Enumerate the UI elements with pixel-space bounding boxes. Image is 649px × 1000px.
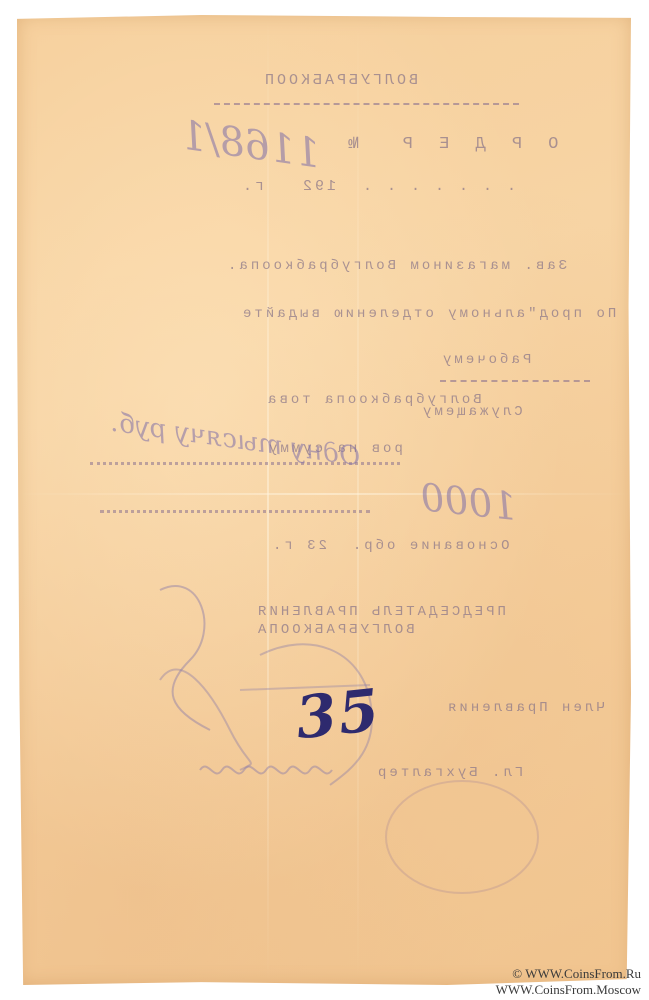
heading-underline xyxy=(214,103,519,105)
date-line: . . . . . . . 192 г. xyxy=(240,178,516,195)
typed-line-2: По прод"альному отделению выдайте xyxy=(240,306,616,322)
watermark-line-1: © WWW.CoinsFrom.Ru xyxy=(496,966,641,982)
watermark-line-2: WWW.CoinsFrom.Moscow xyxy=(496,982,641,998)
handwritten-number-35: 35 xyxy=(293,676,384,752)
typed-line-4: Служащему xyxy=(420,404,523,420)
typed-line-3: Рабочему xyxy=(440,352,531,368)
dotted-fill-line xyxy=(100,510,370,513)
fold-crease xyxy=(357,15,359,985)
board-member-label: Член Правления xyxy=(445,700,605,716)
org-heading: ВОЛГУБРАБКООП xyxy=(262,72,418,89)
typed-line-7: Основание обр. 23 г. xyxy=(270,538,509,554)
order-title: О Р Д Е Р № xyxy=(340,135,558,154)
faint-stamp-circle xyxy=(385,780,539,894)
watermark: © WWW.CoinsFrom.Ru WWW.CoinsFrom.Moscow xyxy=(496,966,641,998)
fold-crease xyxy=(17,493,631,495)
typed-line-1: Зав. магазином Волгубрабкоопа. xyxy=(225,258,567,274)
option-separator xyxy=(440,380,590,382)
